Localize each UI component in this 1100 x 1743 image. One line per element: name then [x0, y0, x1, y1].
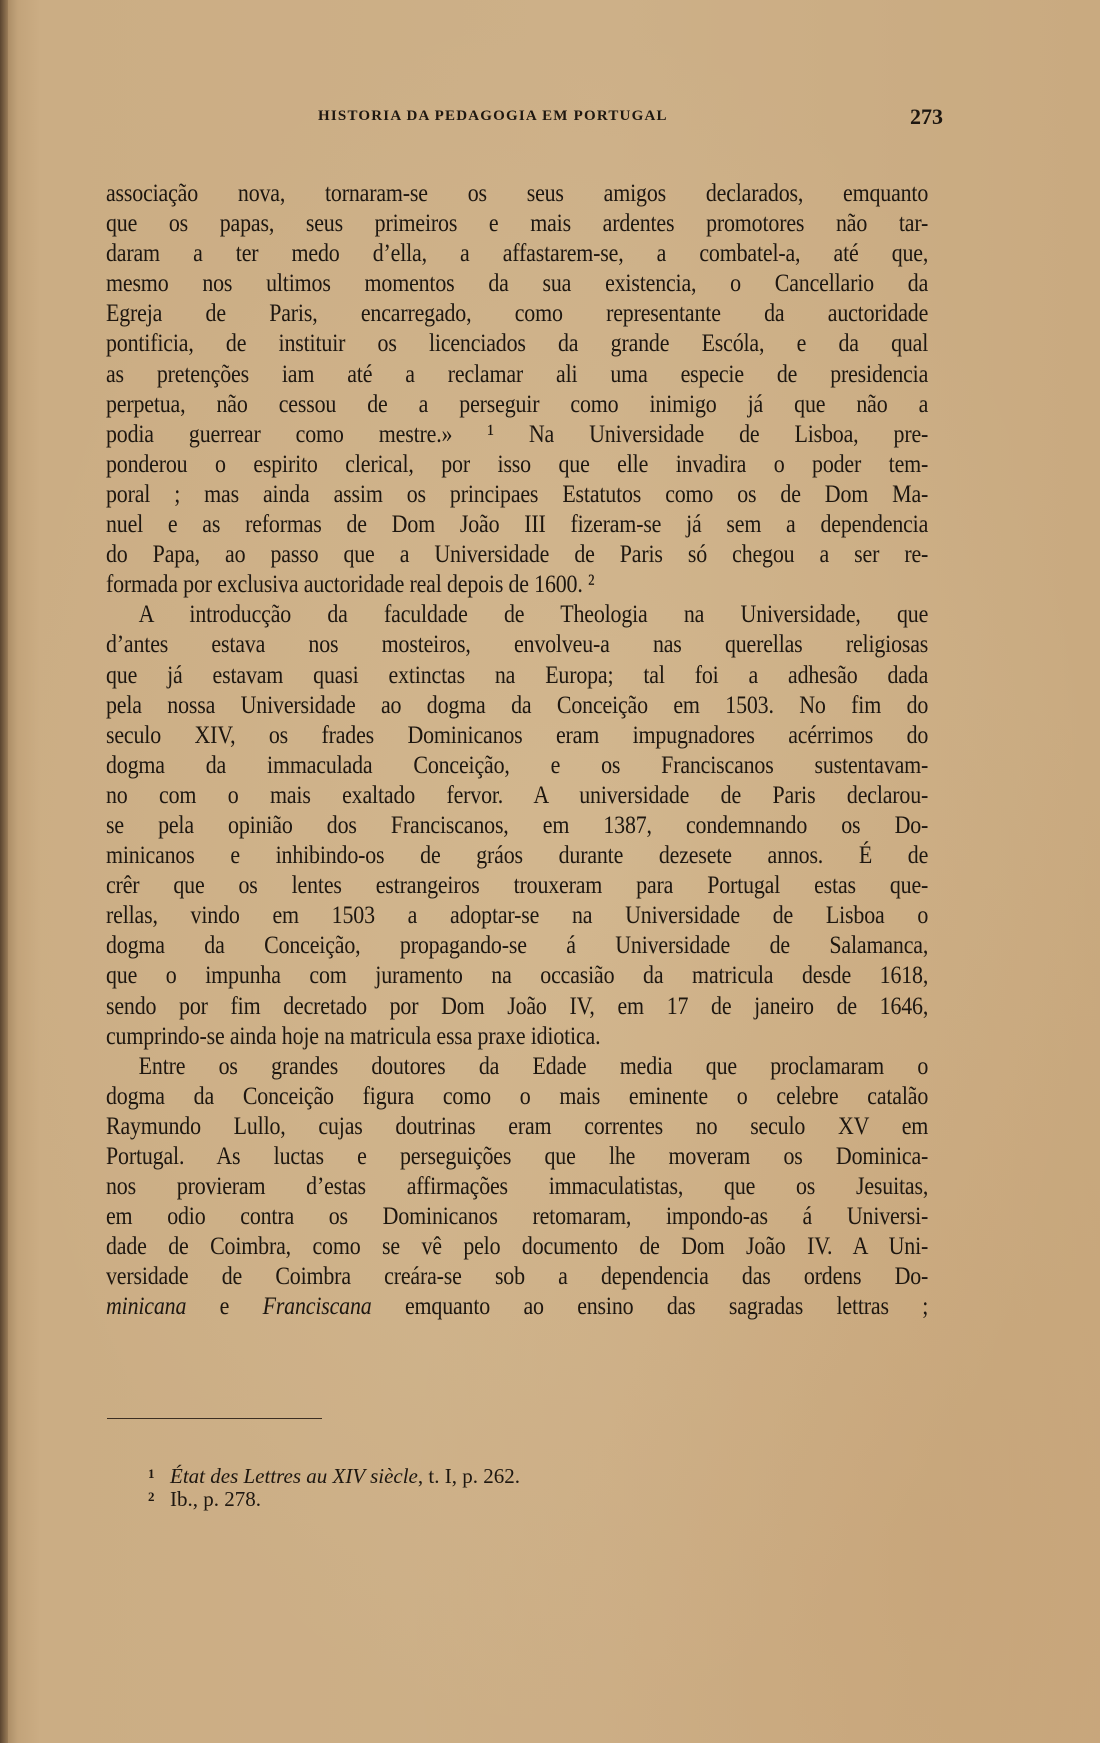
- text-line: mesmo nos ultimos momentos da sua existe…: [106, 268, 928, 298]
- footnote-citation-rest: Ib., p. 278.: [170, 1487, 261, 1511]
- text-line: Raymundo Lullo, cujas doutrinas eram cor…: [106, 1111, 928, 1141]
- book-spine-shadow: [0, 0, 8, 1743]
- running-title: HISTORIA DA PEDAGOGIA EM PORTUGAL: [318, 108, 668, 125]
- text-line: poral ; mas ainda assim os principaes Es…: [106, 479, 928, 509]
- text-line: do Papa, ao passo que a Universidade de …: [106, 539, 928, 569]
- text-line: dade de Coimbra, como se vê pelo documen…: [106, 1231, 928, 1261]
- footnote-1: 1État des Lettres au XIV siècle, t. I, p…: [148, 1462, 848, 1485]
- text-line: minicanos e inhibindo-os de gráos durant…: [106, 840, 928, 870]
- text-line: d’antes estava nos mosteiros, envolveu-a…: [106, 629, 928, 659]
- text-line: crêr que os lentes estrangeiros trouxera…: [106, 870, 928, 900]
- text-line: daram a ter medo d’ella, a affastarem-se…: [106, 238, 928, 268]
- text-line: pontificia, de instituir os licenciados …: [106, 328, 928, 358]
- italic-term: minicana: [106, 1291, 186, 1320]
- text-line: dogma da Conceição figura como o mais em…: [106, 1081, 928, 1111]
- text-line: que os papas, seus primeiros e mais arde…: [106, 208, 928, 238]
- text-line: que o impunha com juramento na occasião …: [106, 960, 928, 990]
- text-line: se pela opinião dos Franciscanos, em 138…: [106, 810, 928, 840]
- footnote-citation-rest: , t. I, p. 262.: [418, 1464, 520, 1488]
- footnote-number: 2: [148, 1485, 170, 1508]
- text-line: ponderou o espirito clerical, por isso q…: [106, 449, 928, 479]
- text-line: Egreja de Paris, encarregado, como repre…: [106, 298, 928, 328]
- text-line: nuel e as reformas de Dom João III fizer…: [106, 509, 928, 539]
- text-line: no com o mais exaltado fervor. A univers…: [106, 780, 928, 810]
- text-line: rellas, vindo em 1503 a adoptar-se na Un…: [106, 900, 928, 930]
- text-line: que já estavam quasi extinctas na Europa…: [106, 660, 928, 690]
- text-fragment: e: [186, 1291, 262, 1320]
- text-line: perpetua, não cessou de a perseguir como…: [106, 389, 928, 419]
- footnotes: 1État des Lettres au XIV siècle, t. I, p…: [148, 1462, 848, 1508]
- footnote-2: 2Ib., p. 278.: [148, 1485, 848, 1508]
- body-text: associação nova, tornaram-se os seus ami…: [106, 178, 928, 1322]
- text-line: nos provieram d’estas affirmações immacu…: [106, 1171, 928, 1201]
- text-line: pela nossa Universidade ao dogma da Conc…: [106, 690, 928, 720]
- text-line: em odio contra os Dominicanos retomaram,…: [106, 1201, 928, 1231]
- text-fragment: emquanto ao ensino das sagradas lettras …: [372, 1291, 929, 1320]
- footnote-divider: [107, 1418, 322, 1419]
- footnote-number: 1: [148, 1462, 170, 1485]
- text-line: cumprindo-se ainda hoje na matricula ess…: [106, 1021, 928, 1051]
- text-line: as pretenções iam até a reclamar ali uma…: [106, 359, 928, 389]
- text-line: dogma da immaculada Conceição, e os Fran…: [106, 750, 928, 780]
- text-line: associação nova, tornaram-se os seus ami…: [106, 178, 928, 208]
- paragraph-start-line: Entre os grandes doutores da Edade media…: [106, 1051, 928, 1081]
- text-line: formada por exclusiva auctoridade real d…: [106, 569, 928, 599]
- page-header: HISTORIA DA PEDAGOGIA EM PORTUGAL 273: [318, 104, 938, 130]
- text-line: seculo XIV, os frades Dominicanos eram i…: [106, 720, 928, 750]
- italic-term: Franciscana: [263, 1291, 372, 1320]
- paragraph-start-line: A introducção da faculdade de Theologia …: [106, 599, 928, 629]
- text-line: Portugal. As luctas e perseguições que l…: [106, 1141, 928, 1171]
- text-line: sendo por fim decretado por Dom João IV,…: [106, 991, 928, 1021]
- text-line: dogma da Conceição, propagando-se á Univ…: [106, 930, 928, 960]
- text-line: podia guerrear como mestre.» ¹ Na Univer…: [106, 419, 928, 449]
- text-line: versidade de Coimbra creára-se sob a dep…: [106, 1261, 928, 1291]
- page-number: 273: [910, 104, 943, 130]
- text-line-with-italics: minicana e Franciscana emquanto ao ensin…: [106, 1291, 928, 1321]
